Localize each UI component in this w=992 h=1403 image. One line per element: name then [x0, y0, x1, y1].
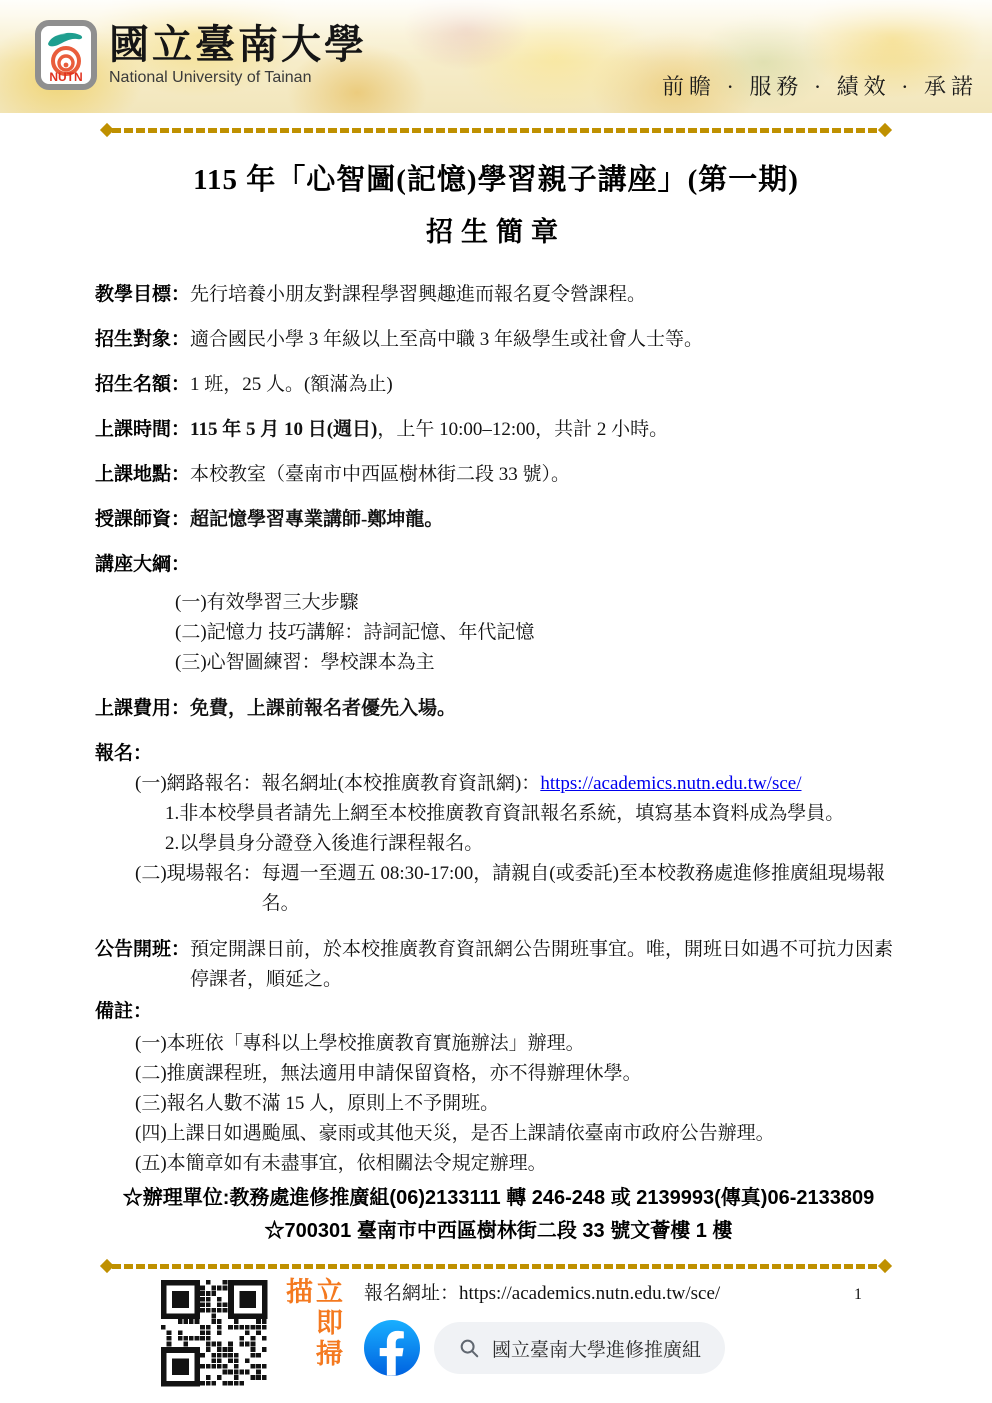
- separator-dashes: [112, 1264, 880, 1269]
- document-title: 115 年「心智圖(記憶)學習親子講座」(第一期): [0, 160, 992, 200]
- document-page: NUTN 國立臺南大學 National University of Taina…: [0, 0, 992, 1403]
- search-icon: [458, 1337, 480, 1359]
- registration-online-line: (一)網路報名：報名網址(本校推廣教育資訊網)：https://academic…: [95, 769, 902, 799]
- outline-item: (一)有效學習三大步驟: [175, 588, 902, 618]
- top-separator: [102, 126, 890, 134]
- field-location: 上課地點： 本校教室（臺南市中西區樹林街二段 33 號）。: [95, 460, 902, 490]
- announcement-value: 預定開課日前，於本校推廣教育資訊網公告開班事宜。唯，開班日如遇不可抗力因素停課者…: [190, 935, 902, 995]
- field-outline-label: 講座大綱：: [95, 550, 190, 580]
- field-target-value: 適合國民小學 3 年級以上至高中職 3 年級學生或社會人士等。: [190, 325, 902, 355]
- facebook-search-pill: 國立臺南大學進修推廣組: [434, 1322, 725, 1374]
- header-slogan: 前瞻 · 服務 · 績效 · 承諾: [662, 70, 978, 101]
- separator-dashes: [112, 128, 880, 133]
- note-item: (一)本班依「專科以上學校推廣教育實施辦法」辦理。: [135, 1029, 902, 1059]
- field-fee-label: 上課費用：: [95, 694, 190, 724]
- field-goal-label: 教學目標：: [95, 280, 190, 310]
- field-fee-value: 免費，上課前報名者優先入場。: [190, 694, 902, 724]
- note-item: (五)本簡章如有未盡事宜，依相關法令規定辦理。: [135, 1149, 902, 1179]
- qr-code: [158, 1277, 270, 1389]
- registration-online-prefix: (一)網路報名：報名網址(本校推廣教育資訊網)：: [135, 773, 540, 794]
- separator-diamond-right: [878, 123, 892, 137]
- field-quota-label: 招生名額：: [95, 370, 190, 400]
- field-time-date: 115 年 5 月 10 日(週日): [190, 419, 377, 440]
- nutn-abbr-label: NUTN: [41, 71, 91, 83]
- page-number: 1: [854, 1282, 962, 1308]
- facebook-row: 國立臺南大學進修推廣組: [364, 1320, 962, 1376]
- notes-label: 備註：: [95, 997, 152, 1027]
- registration-onsite-line: (二)現場報名： 每週一至週五 08:30-17:00，請親自(或委託)至本校教…: [95, 859, 902, 919]
- field-time-label: 上課時間：: [95, 415, 190, 445]
- note-item: (二)推廣課程班，無法適用申請保留資格，亦不得辦理休學。: [135, 1059, 902, 1089]
- field-location-value: 本校教室（臺南市中西區樹林街二段 33 號）。: [190, 460, 902, 490]
- field-time-value: 115 年 5 月 10 日(週日)，上午 10:00–12:00，共計 2 小…: [190, 415, 902, 445]
- footer-info: 報名網址： https://academics.nutn.edu.tw/sce/…: [352, 1277, 962, 1376]
- footer-reg-label: 報名網址：: [364, 1281, 459, 1307]
- field-goal-value: 先行培養小朋友對課程學習興趣進而報名夏令營課程。: [190, 280, 902, 310]
- scan-prompt: 立即掃描: [282, 1277, 342, 1393]
- registration-step: 1.非本校學員者請先上網至本校推廣教育資訊報名系統，填寫基本資料成為學員。: [95, 799, 902, 829]
- document-body: 教學目標： 先行培養小朋友對課程學習興趣進而報名夏令營課程。 招生對象： 適合國…: [0, 280, 992, 1245]
- field-quota-value: 1 班，25 人。(額滿為止): [190, 370, 902, 400]
- field-instructor-label: 授課師資：: [95, 505, 190, 535]
- field-instructor-value: 超記憶學習專業講師-鄭坤龍。: [190, 505, 902, 535]
- outline-item: (二)記憶力 技巧講解：詩詞記憶、年代記憶: [175, 618, 902, 648]
- university-name-en: National University of Tainan: [109, 68, 367, 88]
- organizer-contact-line: ☆辦理單位:教務處進修推廣組(06)2133111 轉 246-248 或 21…: [95, 1184, 902, 1212]
- field-quota: 招生名額： 1 班，25 人。(額滿為止): [95, 370, 902, 400]
- announcement-label: 公告開班：: [95, 935, 190, 965]
- university-name-cn: 國立臺南大學: [109, 22, 367, 68]
- university-logo: NUTN 國立臺南大學 National University of Taina…: [35, 20, 367, 90]
- registration-url-link[interactable]: https://academics.nutn.edu.tw/sce/: [540, 773, 801, 794]
- header-banner: NUTN 國立臺南大學 National University of Taina…: [0, 0, 992, 113]
- field-location-label: 上課地點：: [95, 460, 190, 490]
- university-name: 國立臺南大學 National University of Tainan: [109, 20, 367, 88]
- field-goal: 教學目標： 先行培養小朋友對課程學習興趣進而報名夏令營課程。: [95, 280, 902, 310]
- registration-section: 報名： (一)網路報名：報名網址(本校推廣教育資訊網)：https://acad…: [95, 739, 902, 919]
- footer-reg-url: https://academics.nutn.edu.tw/sce/: [459, 1281, 720, 1307]
- outline-item: (三)心智圖練習：學校課本為主: [175, 648, 902, 678]
- notes-items: (一)本班依「專科以上學校推廣教育實施辦法」辦理。 (二)推廣課程班，無法適用申…: [95, 1029, 902, 1179]
- field-instructor: 授課師資： 超記憶學習專業講師-鄭坤龍。: [95, 505, 902, 535]
- field-time-rest: ，上午 10:00–12:00，共計 2 小時。: [377, 419, 668, 440]
- field-announcement: 公告開班： 預定開課日前，於本校推廣教育資訊網公告開班事宜。唯，開班日如遇不可抗…: [95, 935, 902, 995]
- registration-step: 2.以學員身分證登入後進行課程報名。: [95, 829, 902, 859]
- registration-label: 報名：: [95, 739, 902, 769]
- footer-registration-line: 報名網址： https://academics.nutn.edu.tw/sce/…: [364, 1277, 962, 1308]
- note-item: (四)上課日如遇颱風、豪雨或其他天災，是否上課請依臺南市政府公告辦理。: [135, 1119, 902, 1149]
- organizer-address-line: ☆700301 臺南市中西區樹林街二段 33 號文薈樓 1 樓: [95, 1217, 902, 1245]
- footer: 立即掃描 報名網址： https://academics.nutn.edu.tw…: [0, 1270, 992, 1393]
- field-target-label: 招生對象：: [95, 325, 190, 355]
- facebook-search-text: 國立臺南大學進修推廣組: [492, 1335, 701, 1362]
- registration-onsite-prefix: (二)現場報名：: [135, 859, 262, 919]
- field-fee: 上課費用： 免費，上課前報名者優先入場。: [95, 694, 902, 724]
- facebook-icon: [364, 1320, 420, 1376]
- outline-items: (一)有效學習三大步驟 (二)記憶力 技巧講解：詩詞記憶、年代記憶 (三)心智圖…: [95, 588, 902, 678]
- field-target: 招生對象： 適合國民小學 3 年級以上至高中職 3 年級學生或社會人士等。: [95, 325, 902, 355]
- field-time: 上課時間： 115 年 5 月 10 日(週日)，上午 10:00–12:00，…: [95, 415, 902, 445]
- registration-onsite-value: 每週一至週五 08:30-17:00，請親自(或委託)至本校教務處進修推廣組現場…: [262, 859, 902, 919]
- note-item: (三)報名人數不滿 15 人，原則上不予開班。: [135, 1089, 902, 1119]
- document-subtitle: 招生簡章: [0, 214, 992, 250]
- nutn-logo-icon: NUTN: [35, 20, 97, 90]
- footer-separator: [102, 1262, 890, 1270]
- field-outline: 講座大綱：: [95, 550, 902, 580]
- qr-code-icon: [158, 1277, 270, 1389]
- field-notes: 備註：: [95, 997, 902, 1027]
